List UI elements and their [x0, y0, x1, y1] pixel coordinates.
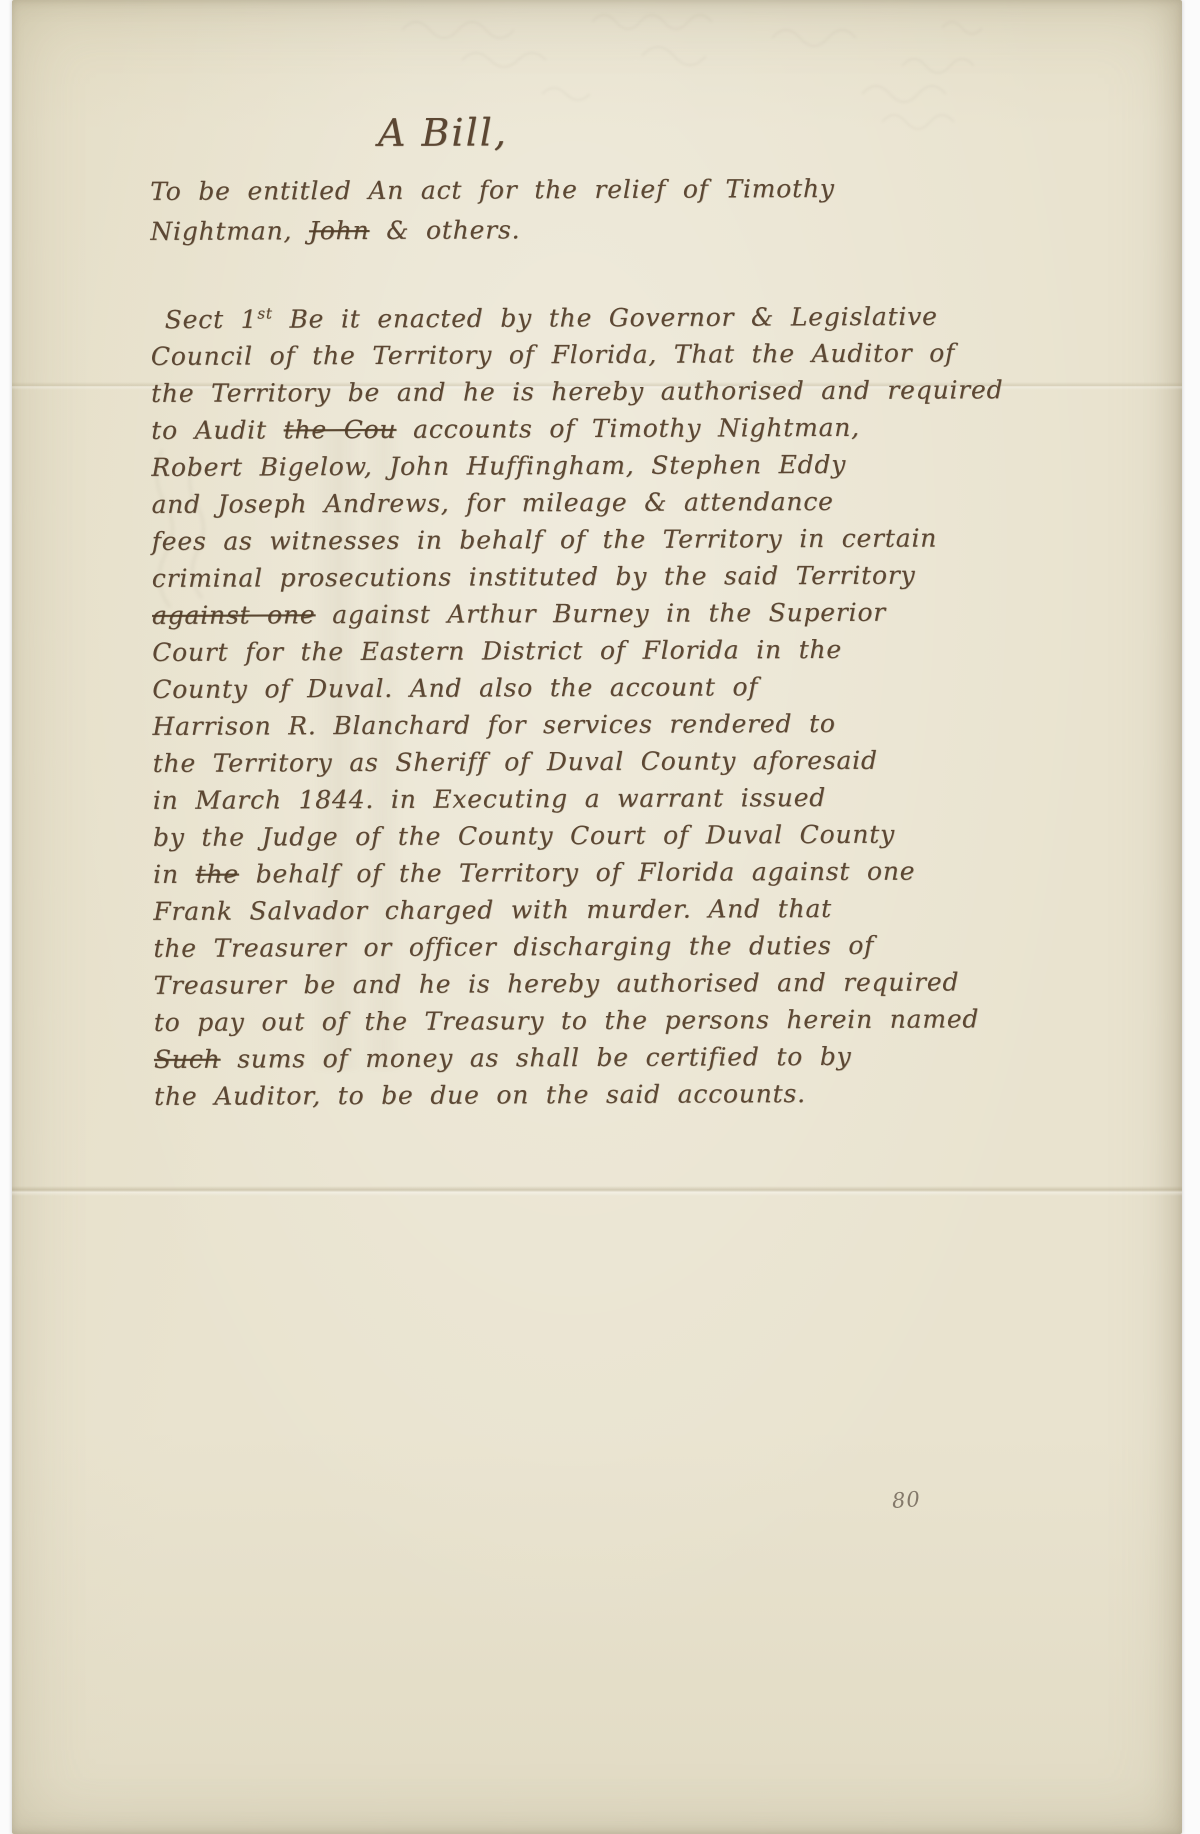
- manuscript-line: the Auditor, to be due on the said accou…: [154, 1074, 1034, 1115]
- manuscript-line: Such sums of money as shall be certified…: [154, 1037, 1034, 1078]
- manuscript-line: to pay out of the Treasury to the person…: [154, 1000, 1034, 1041]
- page-number-pencil: 80: [891, 1487, 921, 1513]
- manuscript-line: the Territory be and he is hereby author…: [151, 371, 1031, 412]
- manuscript-line: Treasurer be and he is hereby authorised…: [154, 963, 1034, 1004]
- manuscript-line: Court for the Eastern District of Florid…: [152, 630, 1032, 671]
- manuscript-line: Frank Salvador charged with murder. And …: [153, 889, 1033, 930]
- manuscript-line: the Territory as Sheriff of Duval County…: [153, 741, 1033, 782]
- manuscript-line: the Treasurer or officer discharging the…: [153, 926, 1033, 967]
- manuscript-line: Harrison R. Blanchard for services rende…: [152, 704, 1032, 745]
- manuscript-line: by the Judge of the County Court of Duva…: [153, 815, 1033, 856]
- manuscript-line: County of Duval. And also the account of: [152, 667, 1032, 708]
- fold-crease: [12, 1186, 1182, 1196]
- manuscript-line: Robert Bigelow, John Huffingham, Stephen…: [151, 445, 1031, 486]
- manuscript-line: fees as witnesses in behalf of the Terri…: [152, 519, 1032, 560]
- manuscript-line: to Audit the Cou accounts of Timothy Nig…: [151, 408, 1031, 449]
- manuscript-line: against one against Arthur Burney in the…: [152, 593, 1032, 634]
- document-heading: To be entitled An act for the relief of …: [150, 168, 1030, 252]
- manuscript-line: Nightman, John & others.: [150, 208, 1030, 252]
- manuscript-line: in March 1844. in Executing a warrant is…: [153, 778, 1033, 819]
- manuscript-content: A Bill, To be entitled An act for the re…: [150, 108, 1034, 1115]
- manuscript-line: To be entitled An act for the relief of …: [150, 168, 1030, 212]
- document-title: A Bill,: [378, 108, 1030, 155]
- manuscript-line: and Joseph Andrews, for mileage & attend…: [151, 482, 1031, 523]
- manuscript-line: Council of the Territory of Florida, Tha…: [151, 334, 1031, 375]
- scan-frame: A Bill, To be entitled An act for the re…: [0, 0, 1200, 1834]
- document-body: Sect 1st Be it enacted by the Governor &…: [151, 292, 1035, 1115]
- manuscript-line: Sect 1st Be it enacted by the Governor &…: [151, 292, 1031, 338]
- manuscript-line: in the behalf of the Territory of Florid…: [153, 852, 1033, 893]
- manuscript-line: criminal prosecutions instituted by the …: [152, 556, 1032, 597]
- manuscript-page: A Bill, To be entitled An act for the re…: [12, 0, 1182, 1834]
